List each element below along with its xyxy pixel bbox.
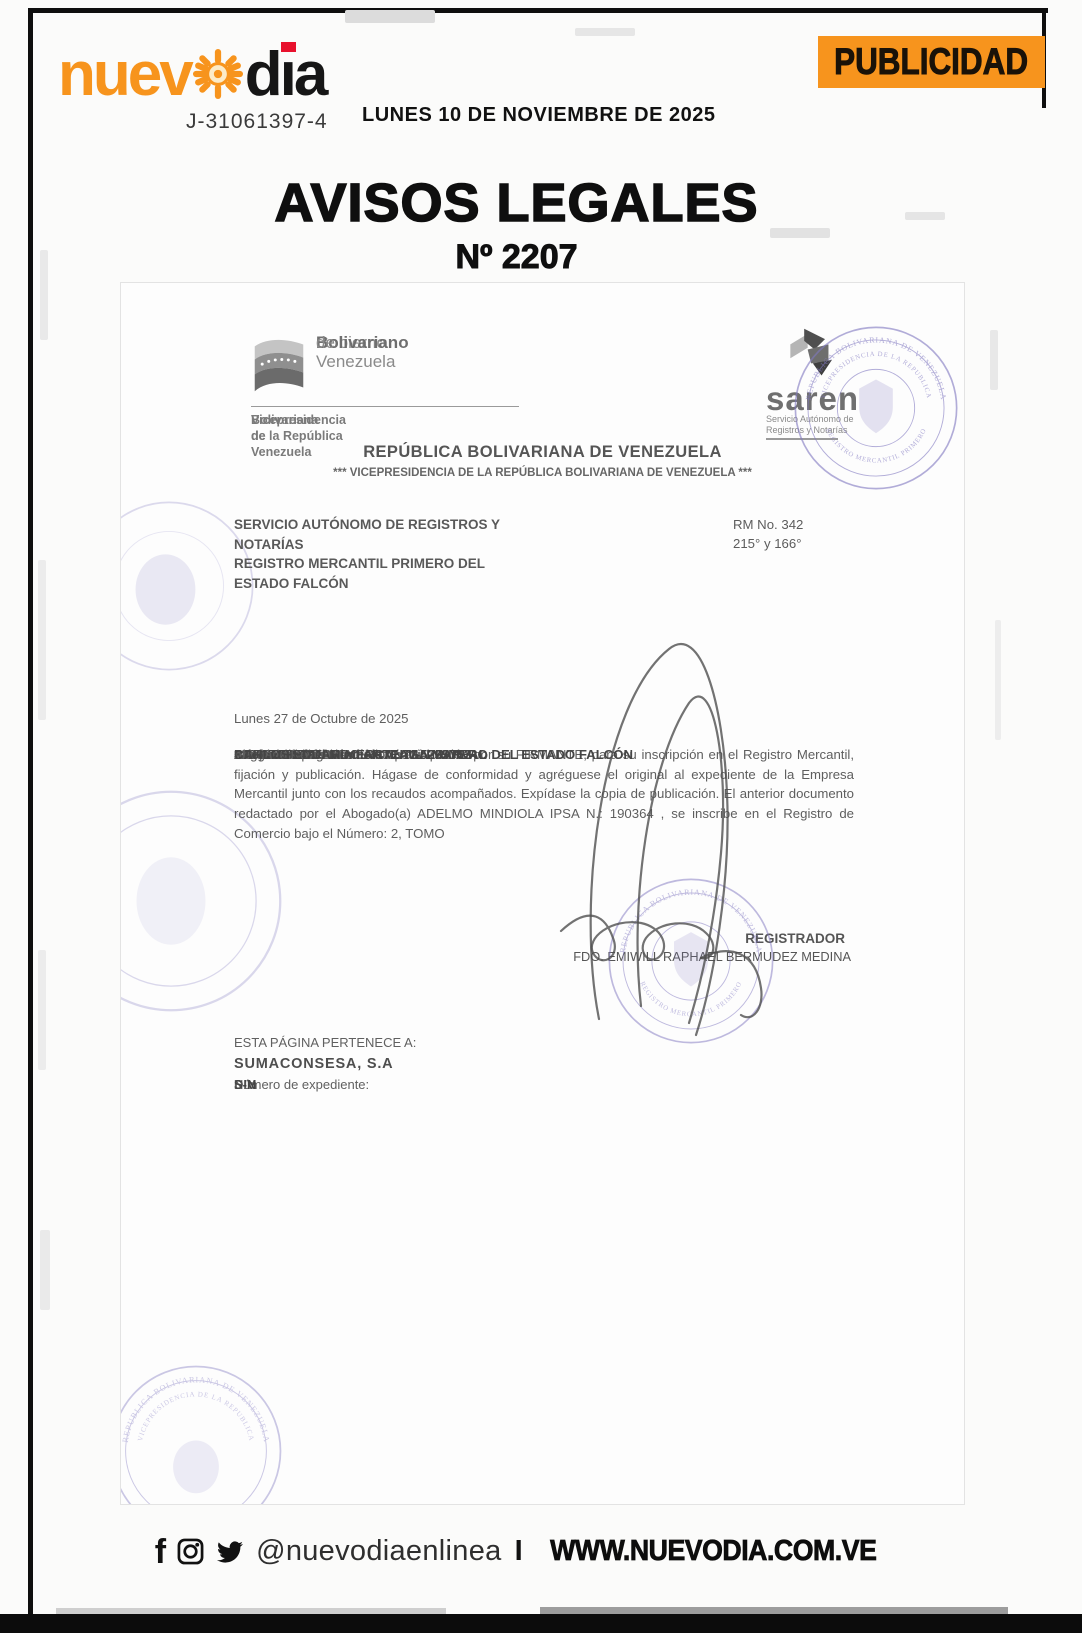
newspaper-logo: nuev dıa <box>58 42 325 106</box>
footer-separator: I <box>515 1535 523 1568</box>
logo-text-dia: dıa <box>245 39 326 110</box>
publicidad-badge: PUBLICIDAD <box>818 36 1045 88</box>
scan-artifact <box>40 250 48 340</box>
logo-red-accent <box>281 42 296 52</box>
file-number: S-N <box>234 1077 256 1092</box>
website-url: WWW.NUEVODIA.COM.VE <box>550 1535 876 1568</box>
company-name: SUMACONSESA, S.A <box>234 1056 416 1072</box>
notice-number: Nº 2207 <box>120 238 913 277</box>
scan-border-bottom <box>0 1614 1082 1633</box>
scan-artifact <box>38 560 46 720</box>
scan-strip <box>540 1607 1008 1614</box>
scan-artifact <box>345 10 435 23</box>
footer: f @nuevodiaenlinea I WWW.NUEVODIA.COM.VE <box>120 1535 965 1568</box>
scan-artifact <box>995 620 1001 740</box>
scan-artifact <box>990 330 998 390</box>
facebook-icon: f <box>155 1537 166 1567</box>
section-title-block: AVISOS LEGALES Nº 2207 <box>120 172 965 277</box>
signature-scribble <box>121 283 965 1505</box>
scan-border-left <box>28 8 33 1633</box>
social-handle: @nuevodiaenlinea <box>256 1535 501 1568</box>
page-owner-label: ESTA PÁGINA PERTENECE A: <box>234 1035 416 1050</box>
sun-icon <box>193 49 243 99</box>
twitter-icon <box>215 1539 245 1565</box>
scan-artifact <box>575 28 635 36</box>
instagram-icon <box>177 1538 204 1565</box>
scan-border-top <box>28 8 1048 13</box>
faint-circular-stamp: REPUBLICA BOLIVARIANA DE VENEZUELA VICEP… <box>120 1363 284 1505</box>
publicidad-label: PUBLICIDAD <box>835 41 1029 83</box>
page-title: AVISOS LEGALES <box>120 172 913 234</box>
scan-artifact <box>38 950 46 1070</box>
logo-text-nuev: nuev <box>58 39 191 110</box>
registry-number: J-31061397-4 <box>186 110 328 134</box>
document-sheet: Gobierno Bolivariano de Venezuela Vicepr… <box>120 282 965 1505</box>
scan-artifact <box>40 1230 50 1310</box>
edition-date: LUNES 10 DE NOVIEMBRE DE 2025 <box>362 104 716 127</box>
page-owner-block: ESTA PÁGINA PERTENECE A: SUMACONSESA, S.… <box>234 1035 416 1092</box>
